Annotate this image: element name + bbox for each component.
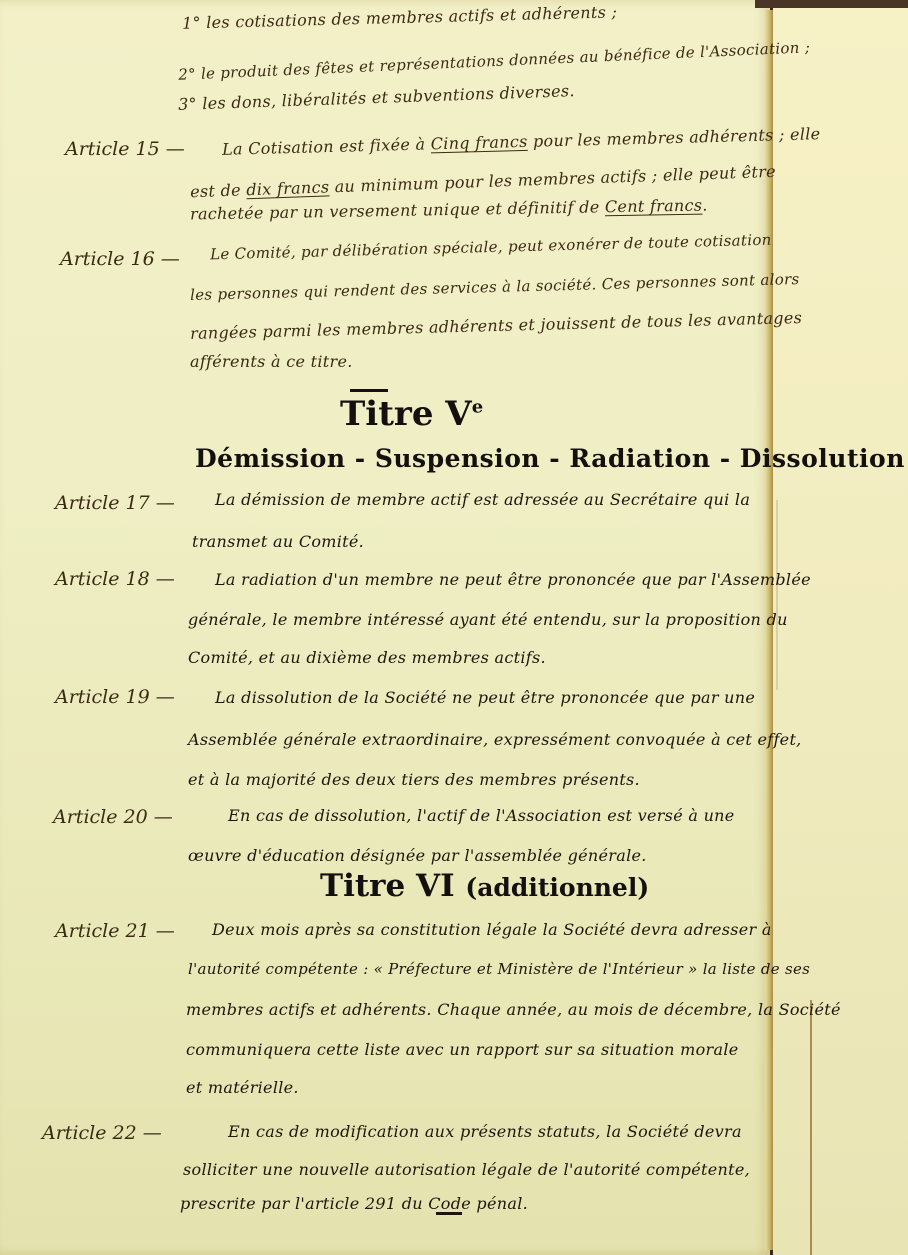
article-19-line-1: La dissolution de la Société ne peut êtr…: [215, 688, 755, 707]
titre-v-subtitle: Démission - Suspension - Radiation - Dis…: [195, 444, 905, 473]
article-15-label: Article 15 —: [65, 138, 185, 160]
article-20-line-1: En cas de dissolution, l'actif de l'Asso…: [228, 806, 735, 825]
amount-dix-francs: dix francs: [246, 177, 330, 199]
article-17-label: Article 17 —: [55, 492, 175, 514]
article-21-line-2: l'autorité compétente : « Préfecture et …: [188, 960, 810, 978]
article-19-line-3: et à la majorité des deux tiers des memb…: [188, 770, 640, 789]
article-21-line-1: Deux mois après sa constitution légale l…: [212, 920, 772, 939]
book-cover-shadow: [755, 0, 908, 8]
article-18-line-1: La radiation d'un membre ne peut être pr…: [215, 570, 811, 589]
article-18-line-2: générale, le membre intéressé ayant été …: [188, 610, 788, 629]
article-16-label: Article 16 —: [60, 248, 180, 270]
article-22-label: Article 22 —: [42, 1122, 162, 1144]
binding-thread: [776, 500, 778, 690]
article-19-line-2: Assemblée générale extraordinaire, expre…: [188, 730, 802, 749]
article-17-line-2: transmet au Comité.: [192, 532, 364, 551]
article-18-label: Article 18 —: [55, 568, 175, 590]
article-22-line-2: solliciter une nouvelle autorisation lég…: [183, 1160, 750, 1179]
article-22-line-3: prescrite par l'article 291 du Code péna…: [180, 1194, 528, 1213]
article-21-line-3: membres actifs et adhérents. Chaque anné…: [186, 1000, 841, 1019]
right-page-blank: [773, 8, 908, 1255]
article-21-line-4: communiquera cette liste avec un rapport…: [186, 1040, 739, 1059]
article-22-line-1: En cas de modification aux présents stat…: [228, 1122, 742, 1141]
titre-vi-heading: Titre VI (additionnel): [320, 868, 649, 904]
amount-cent-francs: Cent francs: [605, 196, 703, 217]
article-21-line-5: et matérielle.: [186, 1078, 299, 1097]
spine-line: [810, 1000, 812, 1255]
title-overbar: [350, 389, 388, 392]
emphasis-underline: [436, 1212, 462, 1215]
article-21-label: Article 21 —: [55, 920, 175, 942]
titre-v-heading: Titre Ve: [340, 394, 483, 434]
article-19-label: Article 19 —: [55, 686, 175, 708]
article-20-label: Article 20 —: [53, 806, 173, 828]
article-20-line-2: œuvre d'éducation désignée par l'assembl…: [188, 846, 647, 865]
article-16-line-4: afférents à ce titre.: [190, 352, 353, 371]
page-binding-edge: [765, 10, 773, 1250]
article-17-line-1: La démission de membre actif est adressé…: [215, 490, 750, 509]
amount-cinq-francs: Cinq francs: [430, 132, 527, 154]
article-18-line-3: Comité, et au dixième des membres actifs…: [188, 648, 546, 667]
